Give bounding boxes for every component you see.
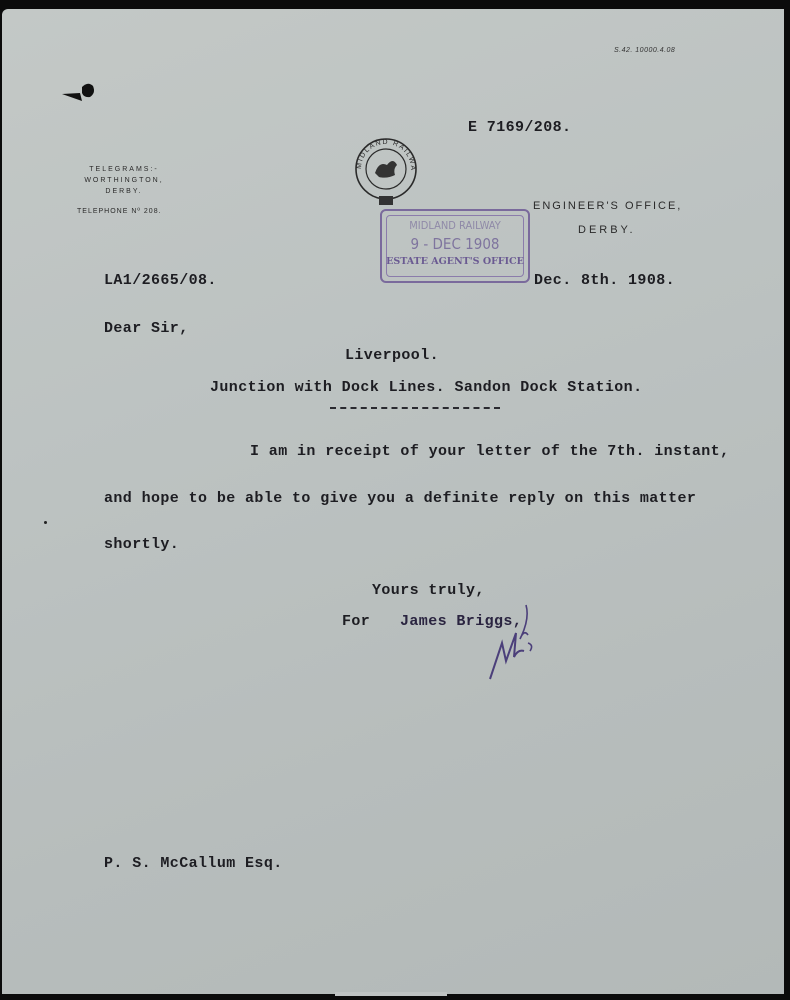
salutation: Dear Sir, <box>104 320 189 337</box>
subject-place: Liverpool. <box>345 347 439 364</box>
our-reference: LA1/2665/08. <box>104 272 217 289</box>
stamp-line3: ESTATE AGENT'S OFFICE <box>382 256 528 267</box>
midland-railway-seal-icon: MIDLAND RAILWAY <box>349 135 423 209</box>
underlying-sheet-edge <box>335 992 447 996</box>
stamp-line1: MIDLAND RAILWAY <box>382 219 528 232</box>
telegrams-address: WORTHINGTON, <box>68 175 180 186</box>
stamp-date: 9 - DEC 1908 <box>382 235 528 253</box>
telegrams-label: TELEGRAMS:- <box>68 164 180 175</box>
ink-blot-icon <box>60 81 100 105</box>
body-line-2: and hope to be able to give you a defini… <box>104 490 696 507</box>
closing: Yours truly, <box>372 582 485 599</box>
subject-underline <box>330 407 500 409</box>
body-line-1: I am in receipt of your letter of the 7t… <box>250 443 729 460</box>
addressee: P. S. McCallum Esq. <box>104 855 283 872</box>
ink-speck <box>44 521 47 524</box>
reference-number: E 7169/208. <box>468 119 571 136</box>
telegrams-block: TELEGRAMS:- WORTHINGTON, DERBY. <box>68 164 180 197</box>
office-name: ENGINEER'S OFFICE, <box>533 200 682 212</box>
received-stamp: MIDLAND RAILWAY 9 - DEC 1908 ESTATE AGEN… <box>380 209 530 283</box>
handwritten-initials-icon <box>484 599 544 683</box>
letter-date: Dec. 8th. 1908. <box>534 272 675 289</box>
subject-line: Junction with Dock Lines. Sandon Dock St… <box>210 379 642 396</box>
body-line-3: shortly. <box>104 536 179 553</box>
letter-sheet: S.42. 10000.4.08 TELEGRAMS:- WORTHINGTON… <box>2 9 784 994</box>
signature-for: For <box>342 613 370 630</box>
office-city: DERBY. <box>578 224 636 236</box>
form-number: S.42. 10000.4.08 <box>614 47 675 54</box>
telegrams-city: DERBY. <box>68 186 180 197</box>
telephone-number: TELEPHONE Nº 208. <box>77 208 162 215</box>
